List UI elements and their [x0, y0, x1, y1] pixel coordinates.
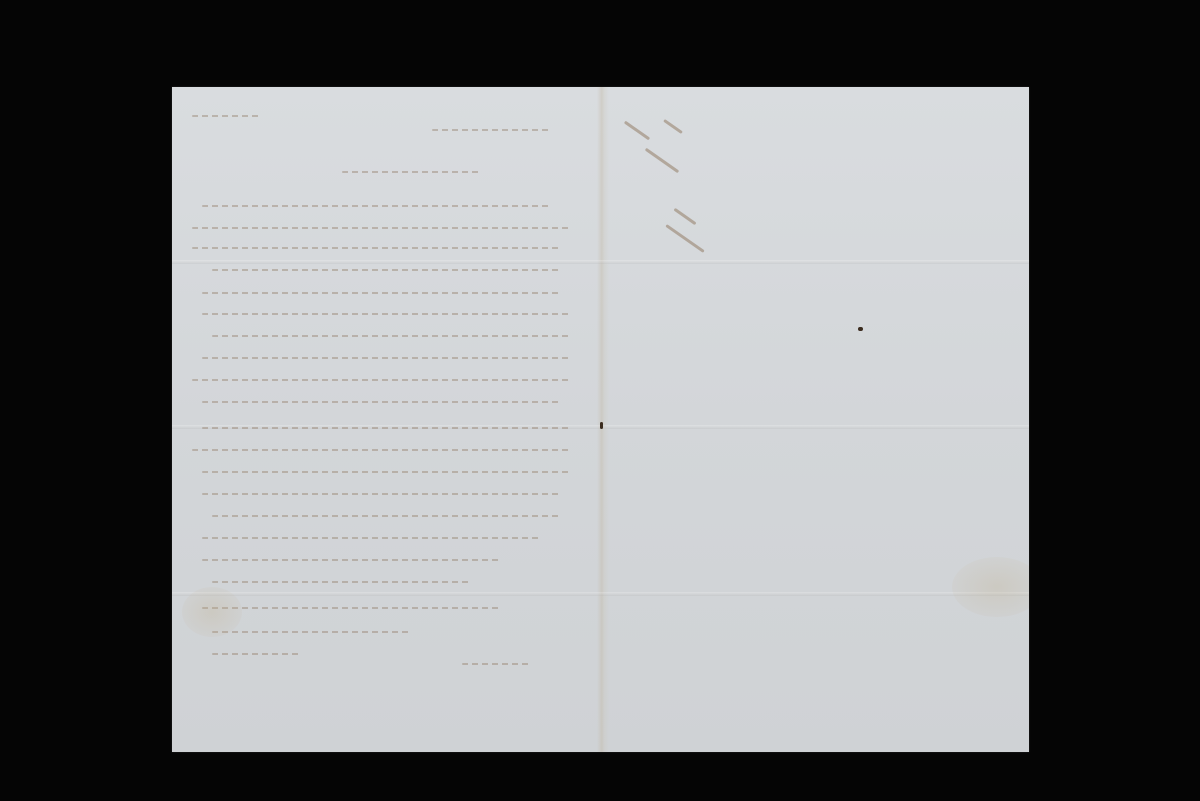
vertical-fold	[597, 87, 609, 752]
ink-spot	[600, 422, 603, 429]
paper-stain	[182, 587, 242, 637]
ink-spot	[858, 327, 863, 331]
letter-sheet	[172, 87, 1029, 752]
paper-stain	[952, 557, 1029, 617]
horizontal-fold	[172, 592, 1029, 596]
horizontal-fold	[172, 260, 1029, 264]
